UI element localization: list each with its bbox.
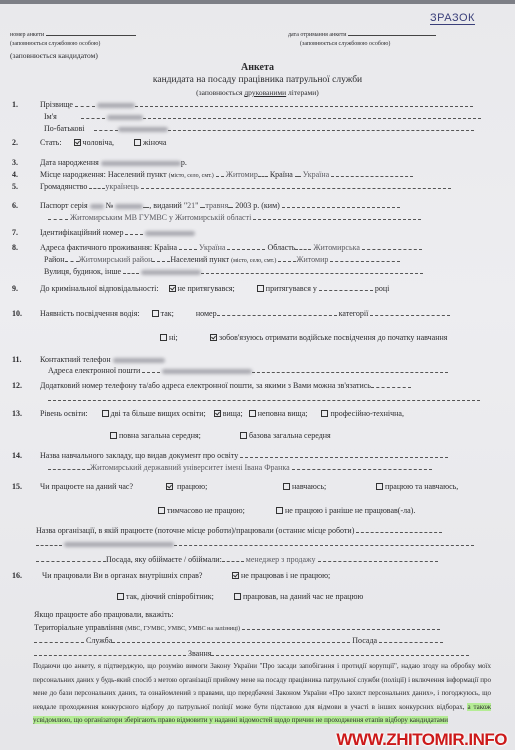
text-fragment: українець bbox=[105, 182, 138, 191]
fill-line bbox=[319, 290, 373, 291]
text-fragment: Територіальне управління bbox=[34, 623, 123, 632]
organization-field[interactable] bbox=[356, 532, 442, 533]
checkbox-icon bbox=[321, 410, 328, 417]
checkbox-checked-icon bbox=[210, 334, 217, 341]
license-number-field[interactable] bbox=[217, 315, 337, 316]
text-fragment: Назва організації, в якій працюєте (пото… bbox=[36, 526, 354, 535]
position-row: Посада, яку обіймаєте / обіймали: менедж… bbox=[36, 555, 438, 564]
fill-line bbox=[174, 545, 474, 546]
criminal-yes-option[interactable]: притягувався у bbox=[257, 284, 317, 293]
site-watermark: WWW.ZHITOMIR.INFO bbox=[336, 730, 507, 750]
territorial-row: Територіальне управління (МВС, ГУМВС, УМ… bbox=[34, 623, 440, 632]
passport-issuer-row: Житомирським МВ ГУМВС у Житомирській обл… bbox=[48, 213, 421, 222]
redacted-value bbox=[118, 127, 168, 132]
fill-line bbox=[330, 261, 400, 262]
text-fragment: Житомирська bbox=[313, 243, 360, 252]
item-number: 6. bbox=[12, 201, 18, 210]
birth-country-field[interactable] bbox=[331, 176, 413, 177]
item-number: 13. bbox=[12, 409, 22, 418]
item-number: 7. bbox=[12, 228, 18, 237]
text-fragment: навчаюсь; bbox=[292, 482, 326, 491]
text-fragment: професійно-технічна, bbox=[330, 409, 404, 418]
text-fragment: Вулиця, будинок, інше bbox=[44, 267, 121, 276]
text-fragment: Звання bbox=[188, 649, 211, 658]
fill-instruction: (заповнюється друкованими літерами) bbox=[0, 88, 515, 97]
text-fragment: номер анкети bbox=[10, 32, 44, 38]
extra-contact-row: Додатковий номер телефону та/або адреса … bbox=[40, 381, 411, 390]
text-fragment: Ім'я bbox=[44, 112, 57, 121]
text-fragment: базова загальна середня bbox=[249, 431, 331, 440]
text-fragment: Дата народження bbox=[40, 158, 99, 167]
edu-higher-option[interactable]: вища; bbox=[214, 409, 243, 418]
police-label: Чи працювали Ви в органах внутрішніх спр… bbox=[42, 571, 202, 580]
fill-line bbox=[278, 261, 296, 262]
fill-line bbox=[222, 561, 244, 562]
fill-line bbox=[34, 642, 84, 643]
candidate-note: (заповнюється кандидатом) bbox=[10, 51, 98, 60]
text-fragment: № bbox=[106, 201, 114, 210]
position-value: менеджер з продажу bbox=[246, 555, 316, 564]
police-current-option[interactable]: так, діючий співробітник; bbox=[117, 592, 214, 601]
text-fragment: так, діючий співробітник; bbox=[126, 592, 214, 601]
checkbox-checked-icon bbox=[232, 572, 239, 579]
text-fragment: дві та більше вищих освіти; bbox=[111, 409, 206, 418]
text-fragment: Ідентифікаційний номер bbox=[40, 228, 123, 237]
text-fragment: жіноча bbox=[143, 138, 166, 147]
redacted-value bbox=[162, 369, 252, 374]
work-working-option[interactable]: працюю; bbox=[166, 482, 207, 491]
checkbox-icon bbox=[158, 507, 165, 514]
text-fragment: Рівень освіти: bbox=[40, 409, 88, 418]
fill-line bbox=[152, 261, 170, 262]
text-fragment: не працюю і раніше не працював(-ла). bbox=[285, 506, 415, 515]
redacted-value bbox=[90, 204, 104, 209]
organization-row: Назва організації, в якій працюєте (пото… bbox=[36, 526, 442, 535]
text-fragment: (МВС, ГУМВС, УМВС, УМВС на залізниці) bbox=[125, 626, 240, 632]
checkbox-icon bbox=[234, 593, 241, 600]
surname-value-redacted bbox=[97, 103, 135, 108]
license-no-option[interactable]: ні; bbox=[160, 333, 178, 342]
checkbox-icon bbox=[257, 285, 264, 292]
text-fragment: Район bbox=[44, 255, 65, 264]
checkbox-icon bbox=[249, 410, 256, 417]
checkbox-checked-icon bbox=[166, 483, 173, 490]
fill-line bbox=[142, 372, 160, 373]
text-fragment: номер bbox=[196, 309, 217, 318]
text-fragment: працював, на даний час не працюю bbox=[243, 592, 363, 601]
sex-female-option[interactable]: жіноча bbox=[134, 138, 166, 147]
form-number-label: номер анкети bbox=[10, 32, 136, 38]
item-number: 4. bbox=[12, 170, 18, 179]
territorial-field[interactable] bbox=[242, 629, 440, 630]
work-temp-unemployed-option[interactable]: тимчасово не працюю; bbox=[158, 506, 245, 515]
text-fragment: , виданий " bbox=[149, 201, 187, 210]
text-fragment: чоловіча, bbox=[83, 138, 114, 147]
item-number: 12. bbox=[12, 381, 22, 390]
text-fragment: повна загальна середня; bbox=[119, 431, 201, 440]
text-fragment: По-батькові bbox=[44, 124, 84, 133]
text-fragment: Населений пункт bbox=[108, 170, 167, 179]
police-former-option[interactable]: працював, на даний час не працюю bbox=[234, 592, 363, 601]
text-fragment: Адреса електронної пошти bbox=[48, 366, 140, 375]
text-fragment: не притягувався; bbox=[178, 284, 235, 293]
organization-value-row bbox=[36, 539, 474, 548]
text-fragment: Стать: bbox=[40, 138, 62, 147]
text-fragment: тимчасово не працюю; bbox=[167, 506, 245, 515]
passport-row: Паспорт серія № , виданий "21" травня 20… bbox=[40, 201, 400, 210]
name-field[interactable] bbox=[143, 118, 481, 119]
text-fragment: Громадянство bbox=[40, 182, 87, 191]
received-date-note: (заповнюється службовою особою) bbox=[300, 41, 390, 47]
checkbox-icon bbox=[276, 507, 283, 514]
checkbox-checked-icon bbox=[214, 410, 221, 417]
checkbox-icon bbox=[240, 432, 247, 439]
criminal-row: До кримінальної відповідальності: не при… bbox=[40, 284, 389, 293]
text-fragment: ні; bbox=[169, 333, 178, 342]
fill-line bbox=[81, 118, 105, 119]
fill-line bbox=[258, 176, 268, 177]
text-fragment: Житомирський державний університет імені… bbox=[90, 463, 290, 472]
text-fragment: Населений пункт bbox=[170, 255, 229, 264]
text-fragment: Назва навчального закладу, що видав доку… bbox=[40, 451, 238, 460]
edu-incomplete-higher-option[interactable]: неповна вища; bbox=[249, 409, 308, 418]
fill-line bbox=[48, 219, 68, 220]
item-number: 1. bbox=[12, 100, 18, 109]
text-fragment: Житомирським МВ ГУМВС у Житомирській обл… bbox=[70, 213, 251, 222]
rank-row: Звання bbox=[34, 649, 469, 658]
extra-contact-line bbox=[48, 394, 480, 403]
text-fragment: р. bbox=[181, 158, 187, 167]
redacted-value bbox=[141, 270, 201, 275]
text-fragment: Контактний телефон bbox=[40, 355, 111, 364]
text-fragment: 2003 р. bbox=[235, 201, 259, 210]
item-number: 5. bbox=[12, 182, 18, 191]
item-number: 14. bbox=[12, 451, 22, 460]
text-fragment: Додатковий номер телефону та/або адреса … bbox=[40, 381, 371, 390]
patronymic-row: По-батькові bbox=[44, 124, 474, 133]
police-never-option[interactable]: не працював і не працюю; bbox=[232, 571, 330, 580]
fill-line bbox=[75, 106, 95, 107]
sample-stamp: ЗРАЗОК bbox=[430, 12, 475, 25]
item-number: 9. bbox=[12, 284, 18, 293]
text-fragment: (місто, село, смт.) bbox=[169, 173, 214, 179]
text-fragment: не працював і не працюю; bbox=[241, 571, 330, 580]
text-fragment: Наявність посвідчення водія: bbox=[40, 309, 140, 318]
checkbox-icon bbox=[376, 483, 383, 490]
checkbox-icon bbox=[160, 334, 167, 341]
received-date-field[interactable] bbox=[348, 35, 436, 36]
rank-field[interactable] bbox=[211, 655, 469, 656]
text-fragment: Служба bbox=[86, 636, 112, 645]
working-label: Чи працюєте на даний час? bbox=[40, 482, 133, 491]
checkbox-icon bbox=[134, 139, 141, 146]
text-fragment: Подаючи цю анкету, я підтверджую, що роз… bbox=[33, 662, 491, 711]
email-row: Адреса електронної пошти bbox=[48, 366, 448, 375]
region-field[interactable] bbox=[362, 249, 422, 250]
fill-line bbox=[125, 234, 143, 235]
item-number: 8. bbox=[12, 243, 18, 252]
tax-id-row: Ідентифікаційний номер bbox=[40, 228, 195, 237]
fill-line bbox=[292, 469, 432, 470]
text-fragment: притягувався у bbox=[266, 284, 317, 293]
fill-line bbox=[94, 130, 118, 131]
tax-id-redacted bbox=[145, 231, 195, 236]
service-row: Служба Посада bbox=[34, 636, 443, 645]
text-fragment: літерами) bbox=[286, 88, 319, 97]
text-fragment: друкованими bbox=[244, 88, 286, 97]
text-fragment: працюю; bbox=[177, 482, 207, 491]
service-field[interactable] bbox=[112, 642, 350, 643]
edu-basic-secondary-option[interactable]: базова загальна середня bbox=[240, 431, 331, 440]
organization-redacted bbox=[64, 542, 174, 547]
text-fragment: Житомир bbox=[296, 255, 328, 264]
text-fragment: До кримінальної відповідальності: bbox=[40, 284, 159, 293]
text-fragment: Область bbox=[267, 243, 295, 252]
fill-line bbox=[34, 655, 186, 656]
text-fragment: Україна bbox=[303, 170, 329, 179]
item-number: 3. bbox=[12, 158, 18, 167]
item-number: 10. bbox=[12, 309, 22, 318]
citizenship-row: Громадянство українець bbox=[40, 182, 451, 191]
edu-vocational-option[interactable]: професійно-технічна, bbox=[321, 409, 404, 418]
institution-row: Назва навчального закладу, що видав доку… bbox=[40, 451, 448, 460]
fill-line bbox=[48, 469, 90, 470]
fill-line bbox=[318, 561, 438, 562]
text-fragment: Посада, яку обіймаєте / обіймали: bbox=[106, 555, 222, 564]
text-fragment: дата отримання анкети bbox=[288, 32, 346, 38]
checkbox-icon bbox=[152, 310, 159, 317]
fill-line bbox=[89, 188, 105, 189]
checkbox-icon bbox=[117, 593, 124, 600]
form-number-note: (заповнюється службовою особою) bbox=[10, 41, 100, 47]
text-fragment: (ким) bbox=[261, 201, 280, 210]
phone-row: Контактний телефон bbox=[40, 355, 165, 364]
patronymic-field[interactable] bbox=[168, 130, 474, 131]
text-fragment: 21 bbox=[187, 201, 195, 210]
phone-redacted bbox=[113, 358, 165, 363]
text-fragment: працюю та навчаюсь, bbox=[385, 482, 458, 491]
surname-field[interactable] bbox=[135, 106, 473, 107]
edu-two-higher-option[interactable]: дві та більше вищих освіти; bbox=[102, 409, 206, 418]
fill-line bbox=[295, 176, 301, 177]
text-fragment: категорії bbox=[339, 309, 369, 318]
criminal-no-option[interactable]: не притягувався; bbox=[169, 284, 235, 293]
name-row: Ім'я bbox=[44, 112, 481, 121]
passport-issuer-field[interactable] bbox=[282, 207, 400, 208]
checkbox-checked-icon bbox=[169, 285, 176, 292]
fill-line bbox=[48, 400, 480, 401]
consent-paragraph: Подаючи цю анкету, я підтверджую, що роз… bbox=[33, 660, 491, 728]
checkbox-checked-icon bbox=[74, 139, 81, 146]
work-never-option[interactable]: не працюю і раніше не працював(-ла). bbox=[276, 506, 415, 515]
birth-city-value: Житомир bbox=[226, 170, 258, 179]
text-fragment: Країна bbox=[270, 170, 293, 179]
education-row: Рівень освіти: дві та більше вищих освіт… bbox=[40, 409, 404, 418]
work-both-option[interactable]: працюю та навчаюсь, bbox=[376, 482, 458, 491]
form-number-field[interactable] bbox=[46, 35, 136, 36]
birth-date-row: Дата народження р. bbox=[40, 158, 187, 167]
text-fragment: Житомирський район bbox=[79, 255, 153, 264]
fill-line bbox=[216, 176, 224, 177]
edu-full-secondary-option[interactable]: повна загальна середня; bbox=[110, 431, 201, 440]
if-worked-label: Якщо працюєте або працювали, вкажіть: bbox=[34, 610, 173, 619]
redacted-value bbox=[107, 115, 143, 120]
text-fragment: Україна bbox=[199, 243, 225, 252]
sex-row: Стать: чоловіча, жіноча bbox=[40, 138, 166, 147]
checkbox-icon bbox=[283, 483, 290, 490]
sex-male-option[interactable]: чоловіча, bbox=[74, 138, 114, 147]
work-studying-option[interactable]: навчаюсь; bbox=[283, 482, 326, 491]
received-date-label: дата отримання анкети bbox=[288, 32, 436, 38]
text-fragment: Прізвище bbox=[40, 100, 73, 109]
street-row: Вулиця, будинок, інше bbox=[44, 267, 423, 276]
item-number: 16. bbox=[12, 571, 22, 580]
institution-value-row: Житомирський державний університет імені… bbox=[48, 463, 432, 472]
address-district-row: РайонЖитомирський районНаселений пункт (… bbox=[44, 255, 400, 264]
institution-field[interactable] bbox=[240, 457, 448, 458]
email-field[interactable] bbox=[252, 372, 448, 373]
item-number: 15. bbox=[12, 482, 22, 491]
text-fragment: (заповнюється bbox=[196, 88, 244, 97]
text-fragment: Посада bbox=[352, 636, 377, 645]
license-commit-option[interactable]: зобов'язуюсь отримати водійське посвідче… bbox=[210, 333, 447, 342]
post-field[interactable] bbox=[379, 642, 443, 643]
extra-contact-field[interactable] bbox=[371, 387, 411, 388]
checkbox-icon bbox=[102, 410, 109, 417]
text-fragment: вища; bbox=[223, 409, 243, 418]
fill-line bbox=[65, 261, 79, 262]
fill-line bbox=[253, 219, 421, 220]
surname-row: Прізвище bbox=[40, 100, 473, 109]
address-row: Адреса фактичного проживання: Країна Укр… bbox=[40, 243, 422, 252]
text-fragment: неповна вища; bbox=[258, 409, 308, 418]
license-category-field[interactable] bbox=[370, 315, 450, 316]
fill-line bbox=[228, 207, 233, 208]
fill-line bbox=[227, 249, 265, 250]
fill-line bbox=[179, 249, 197, 250]
text-fragment: Паспорт серія bbox=[40, 201, 88, 210]
text-fragment: так; bbox=[161, 309, 174, 318]
birth-place-row: Місце народження: Населений пункт (місто… bbox=[40, 170, 413, 179]
text-fragment: Адреса фактичного проживання: bbox=[40, 243, 152, 252]
page-title: Анкета bbox=[0, 62, 515, 73]
text-fragment: (місто, село, смт.) bbox=[231, 258, 276, 264]
page-subtitle: кандидата на посаду працівника патрульно… bbox=[0, 75, 515, 85]
street-field[interactable] bbox=[201, 273, 423, 274]
item-number: 2. bbox=[12, 138, 18, 147]
text-fragment: зобов'язуюсь отримати водійське посвідче… bbox=[219, 333, 447, 342]
text-fragment: Країна bbox=[154, 243, 177, 252]
item-number: 11. bbox=[12, 355, 22, 364]
citizenship-field[interactable] bbox=[141, 188, 451, 189]
license-row: Наявність посвідчення водія: так; номер … bbox=[40, 309, 450, 318]
checkbox-icon bbox=[110, 432, 117, 439]
birth-date-redacted bbox=[101, 161, 181, 166]
text-fragment: травня bbox=[205, 201, 228, 210]
fill-line bbox=[36, 561, 106, 562]
fill-line bbox=[36, 545, 62, 546]
text-fragment: році bbox=[375, 284, 390, 293]
text-fragment: Місце народження: bbox=[40, 170, 106, 179]
fill-line bbox=[123, 273, 139, 274]
fill-line bbox=[295, 249, 311, 250]
license-yes-option[interactable]: так; bbox=[152, 309, 174, 318]
questionnaire-page: ЗРАЗОК номер анкети (заповнюється службо… bbox=[0, 4, 515, 750]
redacted-value bbox=[115, 204, 143, 209]
